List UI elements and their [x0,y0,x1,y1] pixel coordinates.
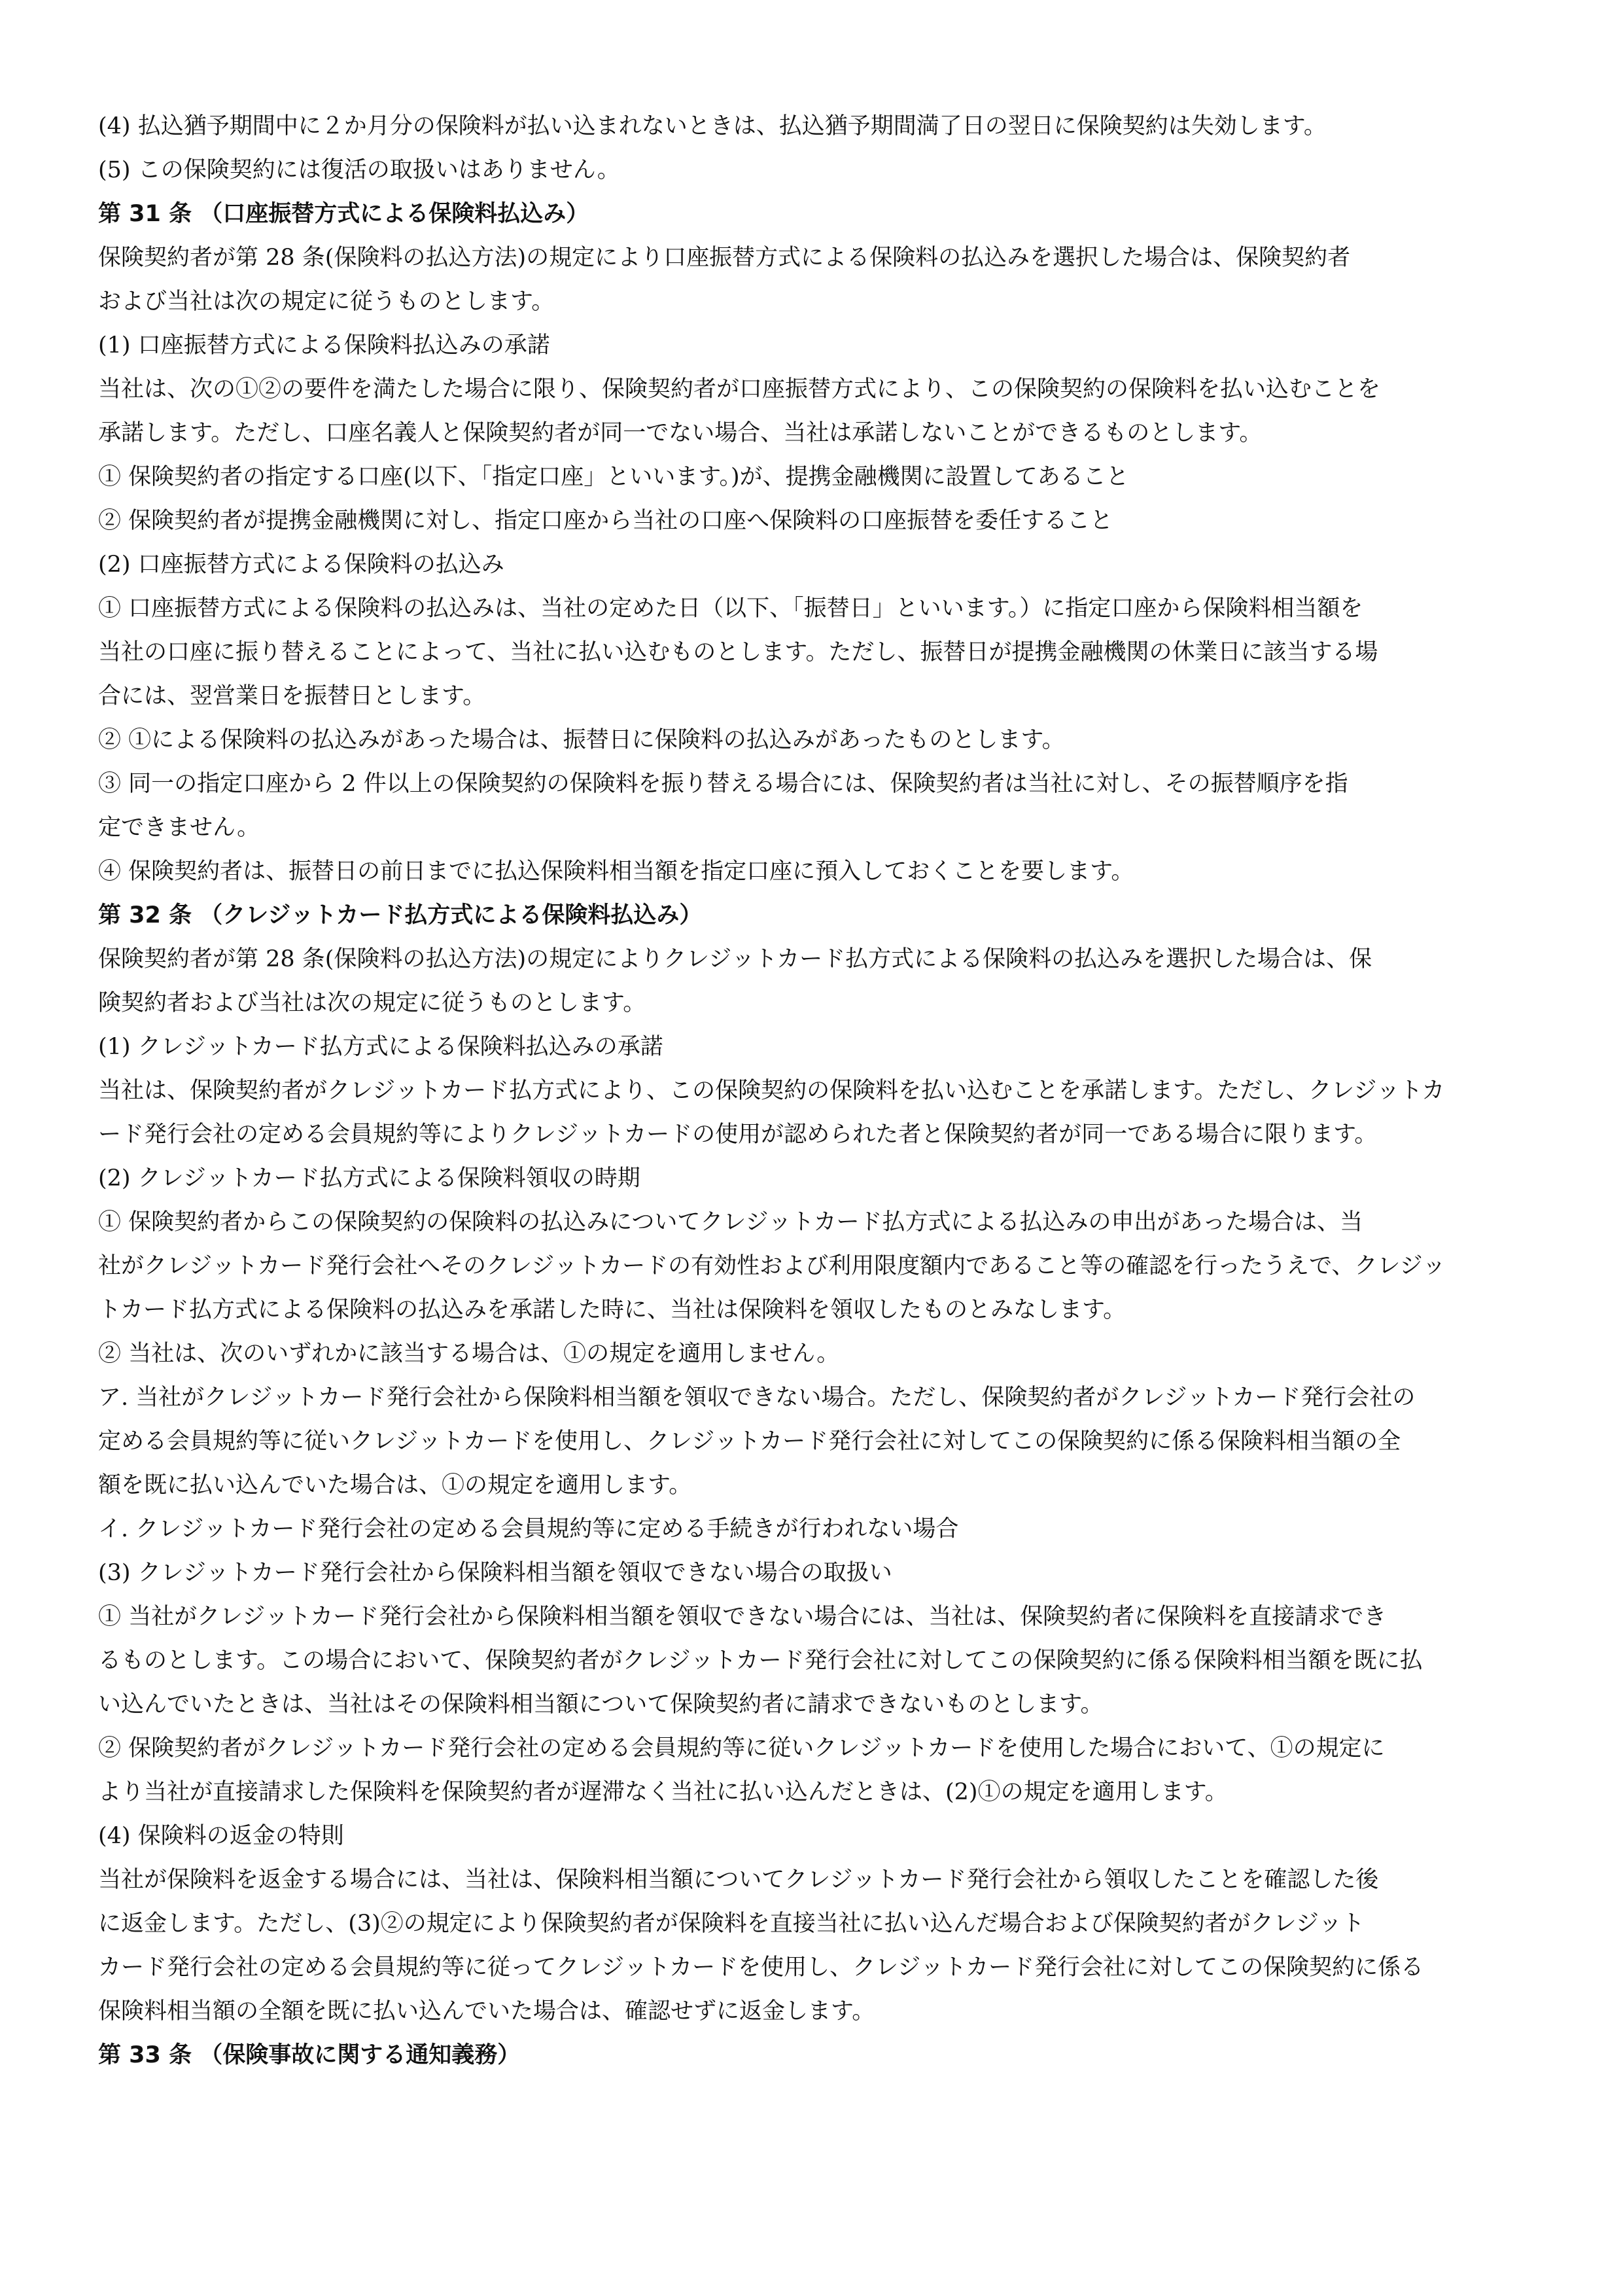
article-32-sub1-line-2: ード発行会社の定める会員規約等によりクレジットカードの使用が認められた者と保険契… [98,1113,1531,1157]
article-32-intro-line-2: 険契約者および当社は次の規定に従うものとします。 [98,981,1531,1025]
clause-4: (4) 払込猶予期間中に２か月分の保険料が払い込まれないときは、払込猶予期間満了… [98,105,1531,149]
article-32-sub4-line-2: に返金します。ただし、(3)②の規定により保険契約者が保険料を直接当社に払い込ん… [98,1902,1531,1946]
article-31-subsection-1-title: (1) 口座振替方式による保険料払込みの承諾 [98,324,1531,368]
article-31-sub2-item-1-line-2: 当社の口座に振り替えることによって、当社に払い込むものとします。ただし、振替日が… [98,631,1531,675]
article-31-intro-line-1: 保険契約者が第 28 条(保険料の払込方法)の規定により口座振替方式による保険料… [98,236,1531,280]
article-32-sub3-item-1-line-1: ① 当社がクレジットカード発行会社から保険料相当額を領収できない場合には、当社は… [98,1595,1531,1639]
article-33: 第 33 条 （保険事故に関する通知義務） [98,2034,1531,2077]
article-32-sub3-item-1-line-2: るものとします。この場合において、保険契約者がクレジットカード発行会社に対してこ… [98,1639,1531,1683]
article-32-sub2-item-i: イ. クレジットカード発行会社の定める会員規約等に定める手続きが行われない場合 [98,1508,1531,1551]
article-32-sub2-item-1-line-2: 社がクレジットカード発行会社へそのクレジットカードの有効性および利用限度額内であ… [98,1245,1531,1288]
article-32-subsection-1-title: (1) クレジットカード払方式による保険料払込みの承諾 [98,1025,1531,1069]
article-32-sub3-item-2-line-2: より当社が直接請求した保険料を保険契約者が遅滞なく当社に払い込んだときは、(2)… [98,1771,1531,1814]
article-32-sub2-item-a-line-2: 定める会員規約等に従いクレジットカードを使用し、クレジットカード発行会社に対して… [98,1420,1531,1464]
article-33-heading: 第 33 条 （保険事故に関する通知義務） [98,2034,1531,2077]
article-31-subsection-2-title: (2) 口座振替方式による保険料の払込み [98,543,1531,587]
article-31-subsection-1-line-2: 承諾します。ただし、口座名義人と保険契約者が同一でない場合、当社は承諾しないこと… [98,412,1531,455]
article-32-sub4-line-4: 保険料相当額の全額を既に払い込んでいた場合は、確認せずに返金します。 [98,1990,1531,2034]
article-32-subsection-2-title: (2) クレジットカード払方式による保険料領収の時期 [98,1157,1531,1201]
article-32-sub2-item-2: ② 当社は、次のいずれかに該当する場合は、①の規定を適用しません。 [98,1332,1531,1376]
article-31-sub2-item-3-line-1: ③ 同一の指定口座から 2 件以上の保険契約の保険料を振り替える場合には、保険契… [98,762,1531,806]
article-31-heading: 第 31 条 （口座振替方式による保険料払込み） [98,192,1531,236]
article-32-sub1-line-1: 当社は、保険契約者がクレジットカード払方式により、この保険契約の保険料を払い込む… [98,1069,1531,1113]
article-32-sub2-item-1-line-3: トカード払方式による保険料の払込みを承諾した時に、当社は保険料を領収したものとみ… [98,1288,1531,1332]
article-31-sub2-item-2: ② ①による保険料の払込みがあった場合は、振替日に保険料の払込みがあったものとし… [98,718,1531,762]
article-32: 第 32 条 （クレジットカード払方式による保険料払込み） 保険契約者が第 28… [98,894,1531,2034]
article-32-intro-line-1: 保険契約者が第 28 条(保険料の払込方法)の規定によりクレジットカード払方式に… [98,938,1531,981]
article-32-sub4-line-1: 当社が保険料を返金する場合には、当社は、保険料相当額についてクレジットカード発行… [98,1858,1531,1902]
article-31-sub2-item-1-line-1: ① 口座振替方式による保険料の払込みは、当社の定めた日（以下、「振替日」といいま… [98,587,1531,631]
article-31-sub2-item-4: ④ 保険契約者は、振替日の前日までに払込保険料相当額を指定口座に預入しておくこと… [98,850,1531,894]
article-30-continuation: (4) 払込猶予期間中に２か月分の保険料が払い込まれないときは、払込猶予期間満了… [98,105,1531,192]
article-32-sub4-line-3: カード発行会社の定める会員規約等に従ってクレジットカードを使用し、クレジットカー… [98,1946,1531,1990]
article-31-sub2-item-1-line-3: 合には、翌営業日を振替日とします。 [98,675,1531,718]
article-32-sub2-item-a-line-1: ア. 当社がクレジットカード発行会社から保険料相当額を領収できない場合。ただし、… [98,1376,1531,1420]
article-32-heading: 第 32 条 （クレジットカード払方式による保険料払込み） [98,894,1531,938]
article-32-sub3-item-1-line-3: い込んでいたときは、当社はその保険料相当額について保険契約者に請求できないものと… [98,1683,1531,1727]
article-31-item-1: ① 保険契約者の指定する口座(以下、「指定口座」といいます。)が、提携金融機関に… [98,455,1531,499]
article-32-sub3-item-2-line-1: ② 保険契約者がクレジットカード発行会社の定める会員規約等に従いクレジットカード… [98,1727,1531,1771]
article-32-sub2-item-a-line-3: 額を既に払い込んでいた場合は、①の規定を適用します。 [98,1464,1531,1508]
article-31-subsection-1-line-1: 当社は、次の①②の要件を満たした場合に限り、保険契約者が口座振替方式により、この… [98,368,1531,412]
article-31-sub2-item-3-line-2: 定できません。 [98,806,1531,850]
document-page: (4) 払込猶予期間中に２か月分の保険料が払い込まれないときは、払込猶予期間満了… [98,105,1531,2077]
article-32-sub2-item-1-line-1: ① 保険契約者からこの保険契約の保険料の払込みについてクレジットカード払方式によ… [98,1201,1531,1245]
article-31: 第 31 条 （口座振替方式による保険料払込み） 保険契約者が第 28 条(保険… [98,192,1531,894]
article-32-subsection-4-title: (4) 保険料の返金の特則 [98,1814,1531,1858]
article-32-subsection-3-title: (3) クレジットカード発行会社から保険料相当額を領収できない場合の取扱い [98,1551,1531,1595]
clause-5: (5) この保険契約には復活の取扱いはありません。 [98,149,1531,192]
article-31-item-2: ② 保険契約者が提携金融機関に対し、指定口座から当社の口座へ保険料の口座振替を委… [98,499,1531,543]
article-31-intro-line-2: および当社は次の規定に従うものとします。 [98,280,1531,324]
